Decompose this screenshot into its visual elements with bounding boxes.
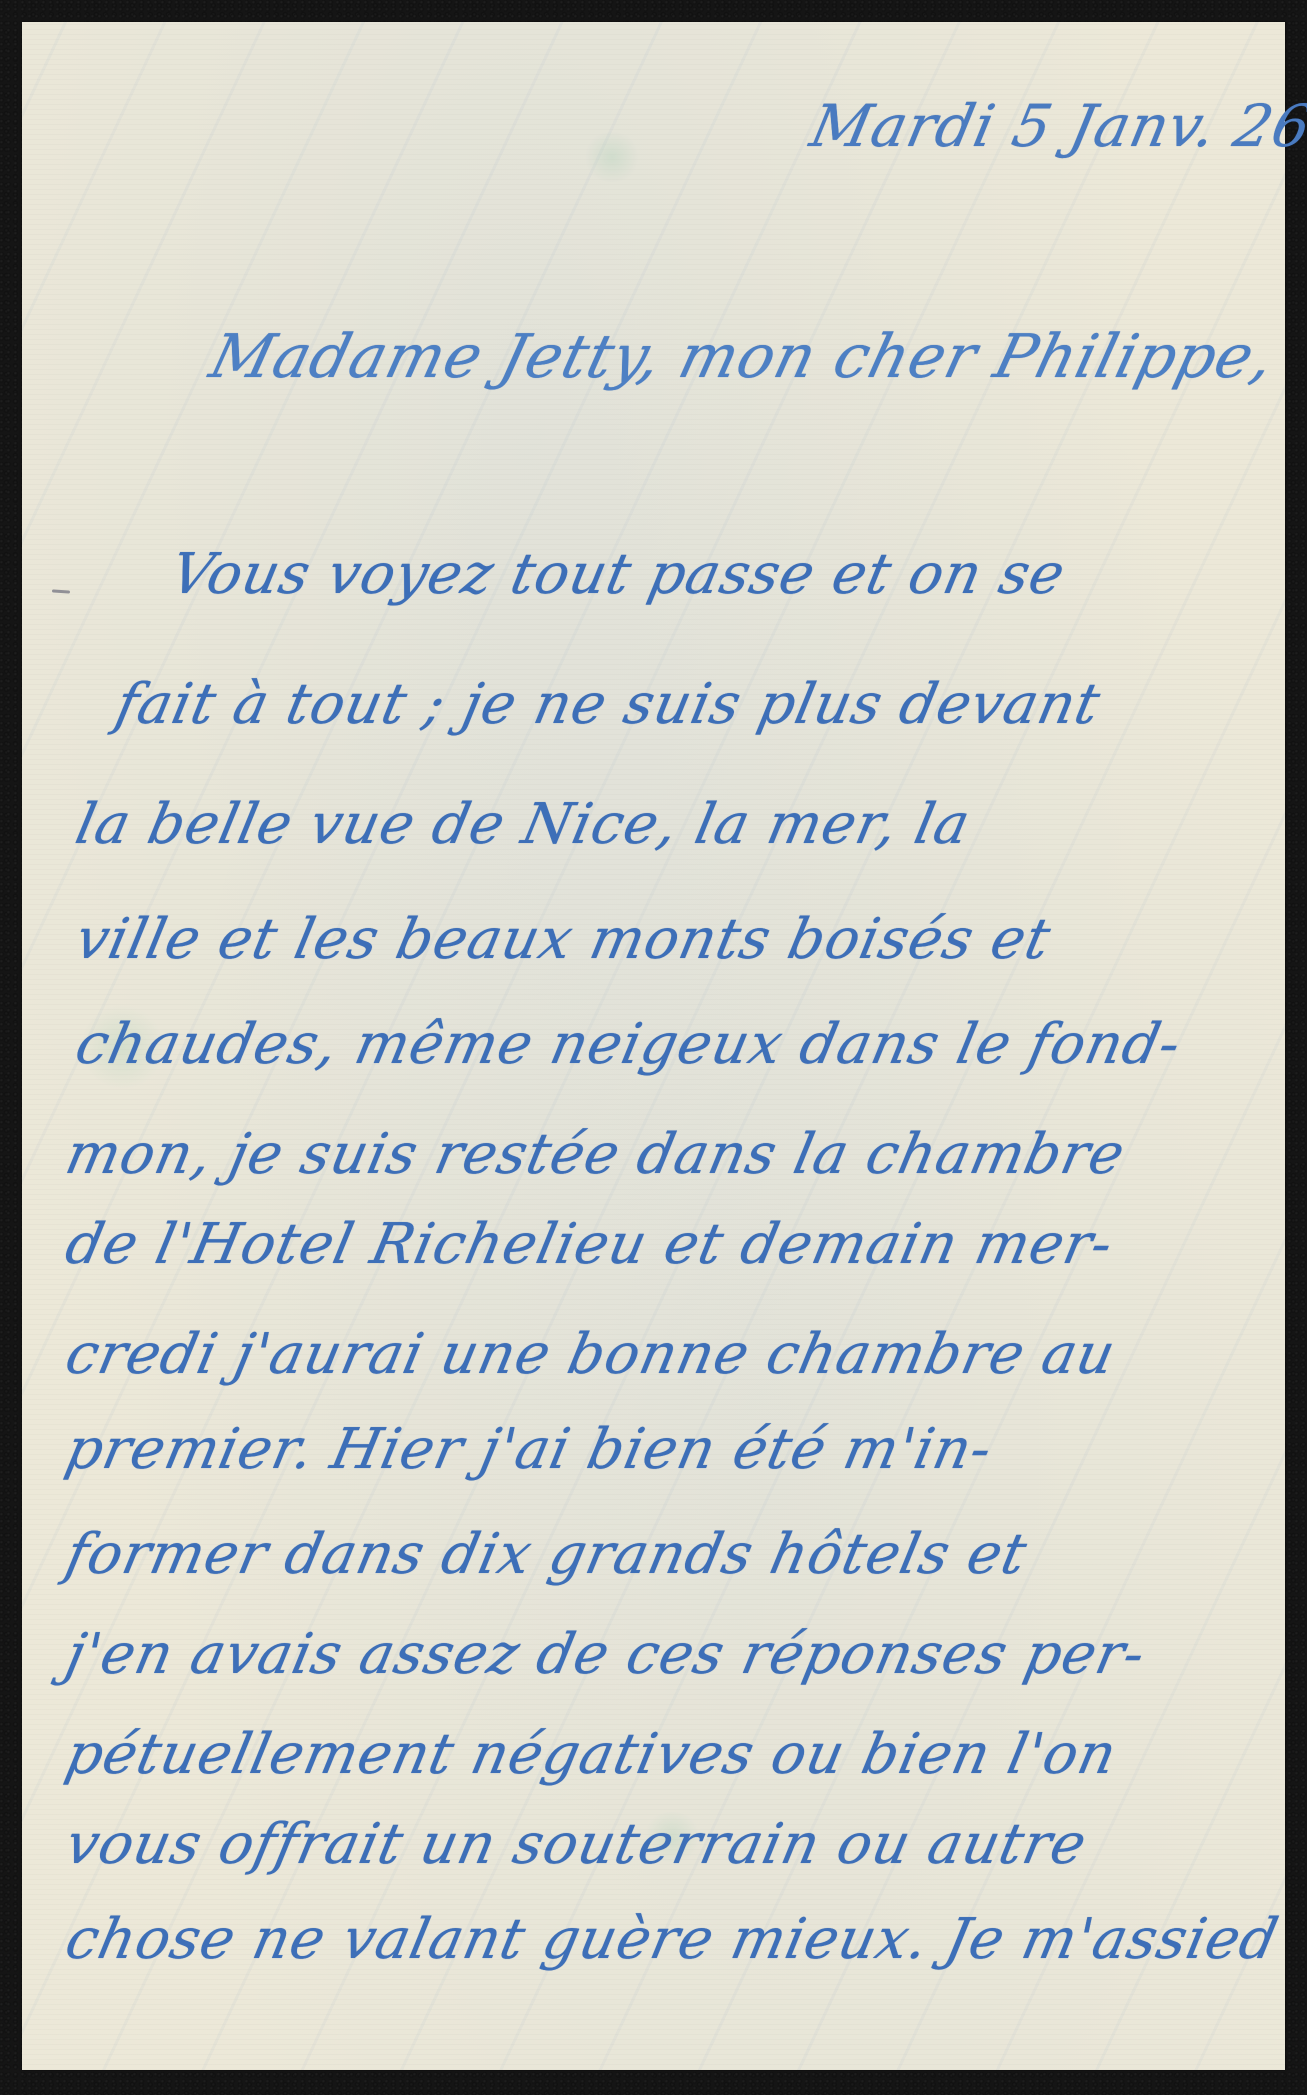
body-line: chaudes, même neigeux dans le fond- xyxy=(70,1012,1187,1077)
salutation: Madame Jetty, mon cher Philippe, xyxy=(203,322,1281,392)
body-line: de l'Hotel Richelieu et demain mer- xyxy=(60,1212,1119,1277)
letter-page: Mardi 5 Janv. 26. Madame Jetty, mon cher… xyxy=(22,22,1285,2070)
paper-stain xyxy=(582,132,642,182)
margin-mark xyxy=(52,589,70,593)
body-line: former dans dix grands hôtels et xyxy=(60,1522,1033,1587)
body-line: chose ne valant guère mieux. Je m'assied xyxy=(60,1907,1284,1972)
body-line: ville et les beaux monts boisés et xyxy=(70,907,1056,972)
body-line: credi j'aurai une bonne chambre au xyxy=(60,1322,1121,1387)
body-line: premier. Hier j'ai bien été m'in- xyxy=(60,1417,998,1482)
body-line: pétuellement négatives ou bien l'on xyxy=(60,1722,1123,1787)
body-line: la belle vue de Nice, la mer, la xyxy=(70,792,976,857)
body-line: mon, je suis restée dans la chambre xyxy=(60,1122,1131,1187)
body-line: Vous voyez tout passe et on se xyxy=(165,542,1071,607)
body-line: fait à tout ; je ne suis plus devant xyxy=(110,672,1106,737)
body-line: vous offrait un souterrain ou autre xyxy=(60,1812,1093,1877)
body-line: j'en avais assez de ces réponses per- xyxy=(60,1622,1151,1687)
date-line: Mardi 5 Janv. 26. xyxy=(805,92,1307,160)
